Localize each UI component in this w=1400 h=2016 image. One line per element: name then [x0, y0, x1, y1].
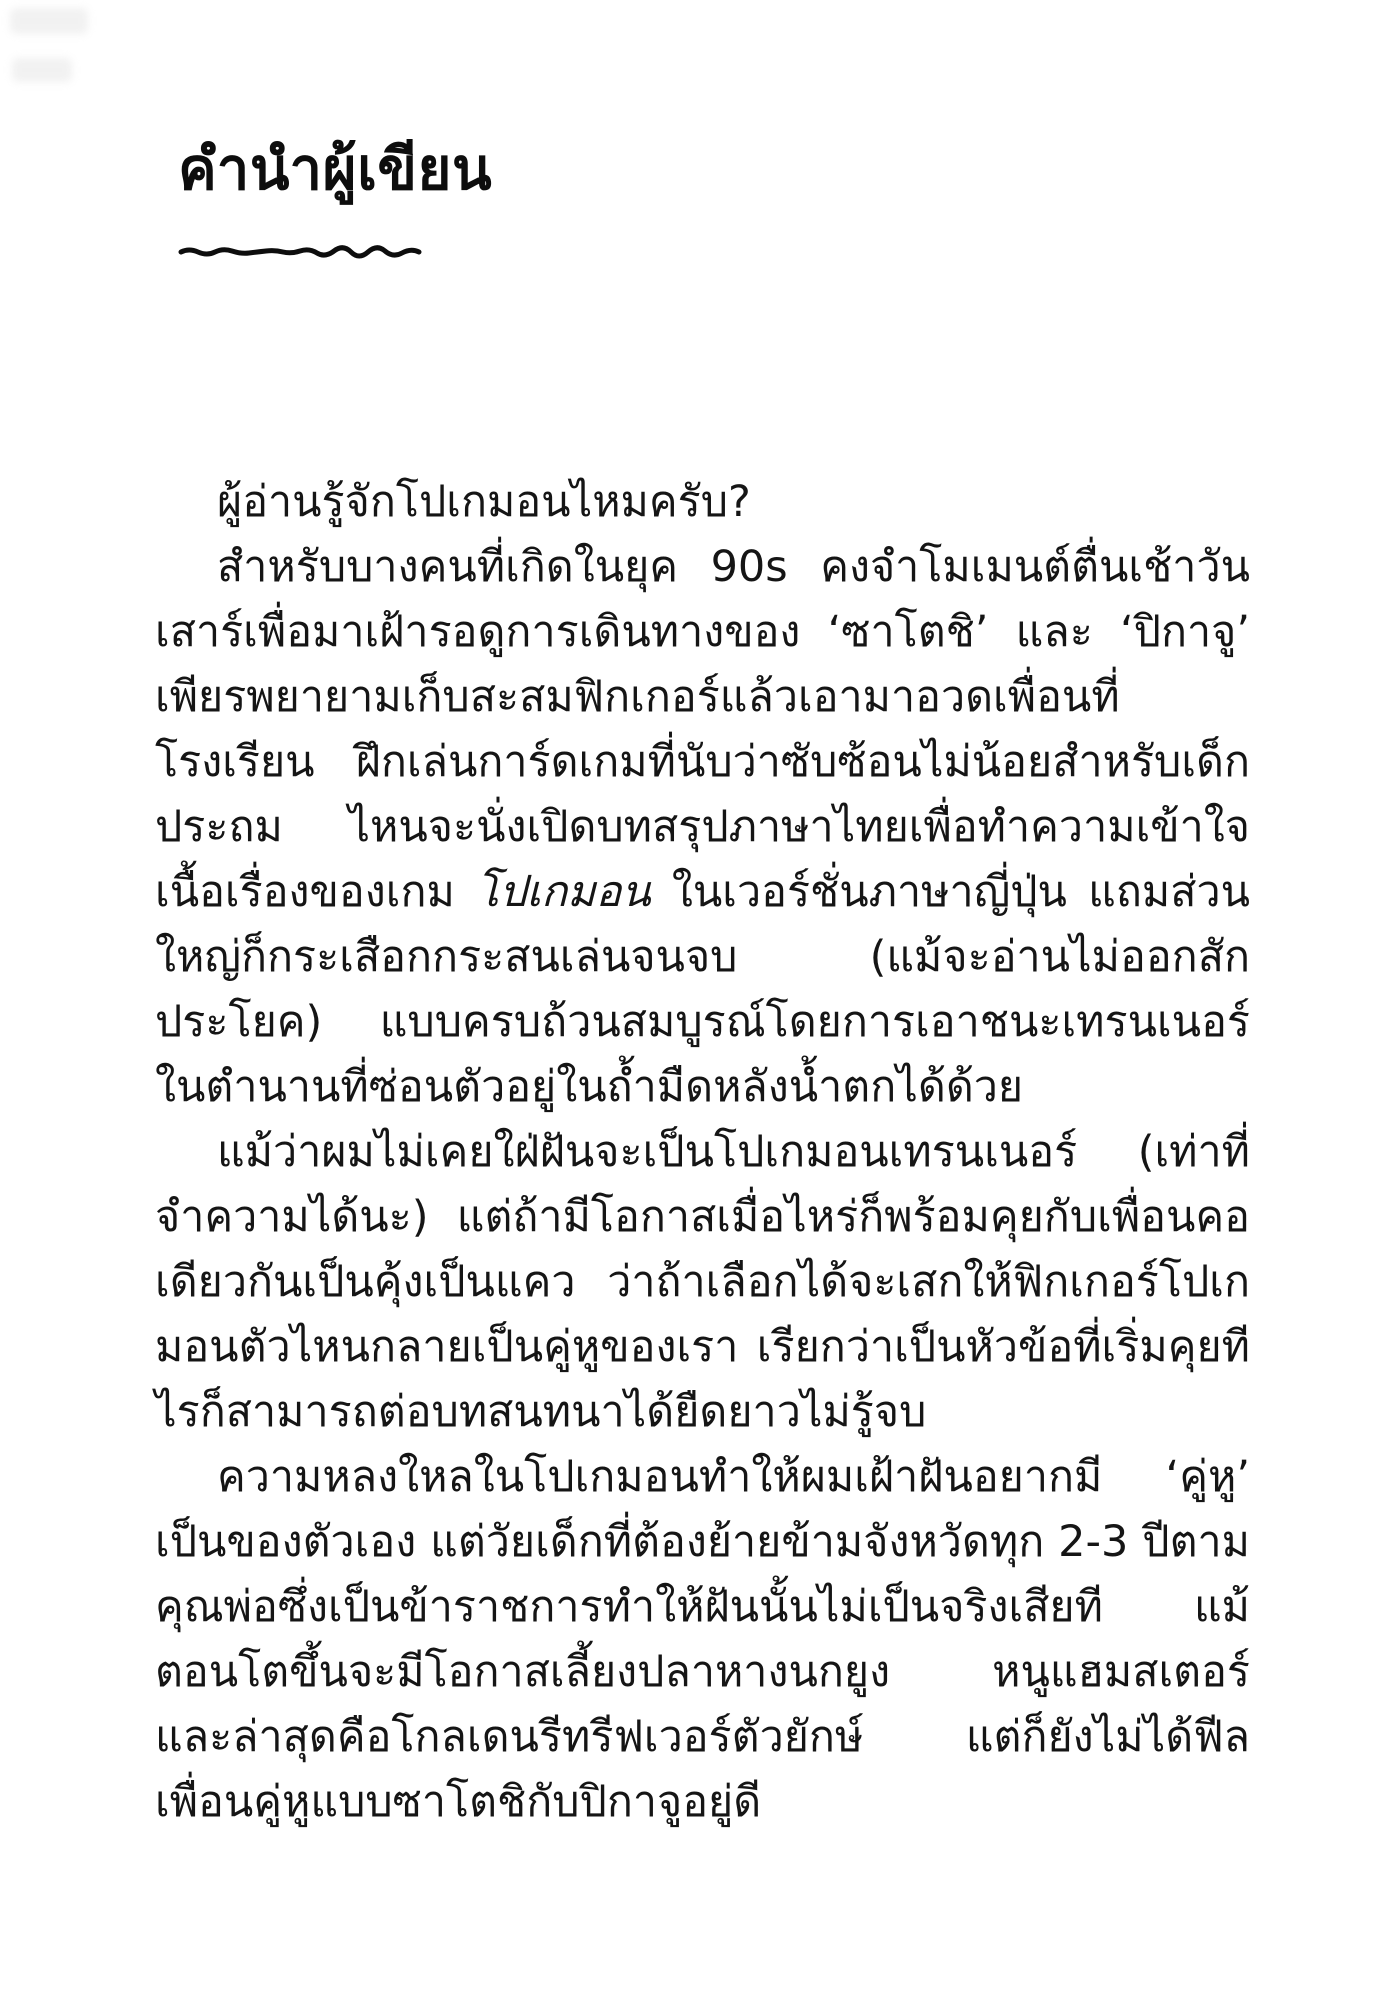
preface-text: ผู้อ่านรู้จักโปเกมอนไหมครับ? สำหรับบางคน…	[155, 470, 1250, 1835]
book-page: คำนำผู้เขียน ผู้อ่านรู้จักโปเกมอนไหมครับ…	[0, 0, 1400, 2016]
paragraph-2-text-before: สำหรับบางคนที่เกิดในยุค 90s คงจำโมเมนต์ต…	[155, 542, 1250, 917]
paragraph-trainer-dream: แม้ว่าผมไม่เคยใฝ่ฝันจะเป็นโปเกมอนเทรนเนอ…	[155, 1120, 1250, 1445]
pokemon-game-title-italic: โปเกมอน	[476, 867, 651, 917]
paragraph-opening-question: ผู้อ่านรู้จักโปเกมอนไหมครับ?	[155, 470, 1250, 535]
scan-artifact	[10, 8, 88, 34]
page-title: คำนำผู้เขียน	[178, 138, 492, 202]
paragraph-childhood-memories: สำหรับบางคนที่เกิดในยุค 90s คงจำโมเมนต์ต…	[155, 535, 1250, 1120]
paragraph-partner-wish: ความหลงใหลในโปเกมอนทำให้ผมเฝ้าฝันอยากมี …	[155, 1445, 1250, 1835]
scan-artifact	[12, 58, 72, 82]
heading-underline-decoration	[178, 243, 428, 259]
